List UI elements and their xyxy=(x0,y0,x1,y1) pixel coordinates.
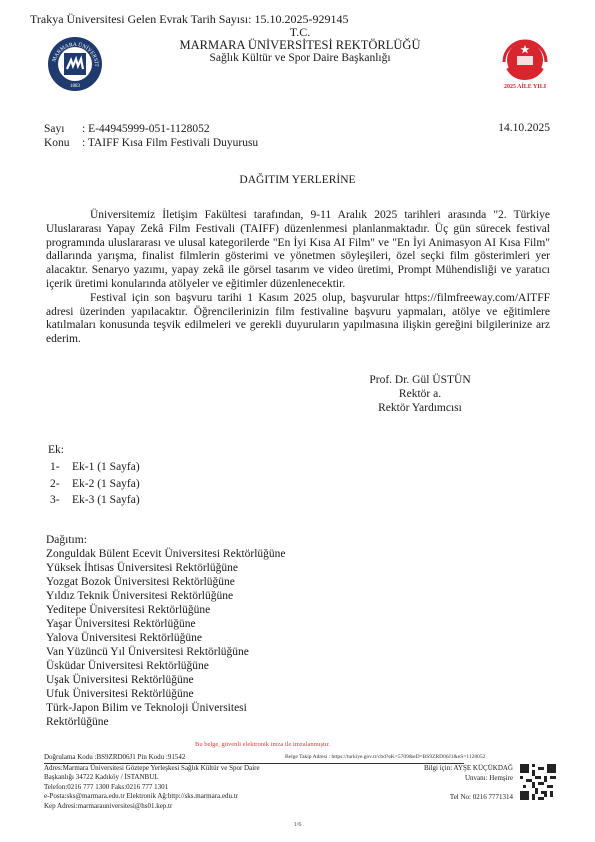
info-contact: Bilgi için: AYŞE KÜÇÜKDAĞ Unvanı: Hemşir… xyxy=(395,764,513,802)
signatory-position: Rektör Yardımcısı xyxy=(340,402,500,416)
attachment-item: 1-Ek-1 (1 Sayfa) xyxy=(50,459,140,476)
distribution-item: Üsküdar Üniversitesi Rektörlüğüne xyxy=(46,659,286,673)
address-line: Adres:Marmara Üniversitesi Göztepe Yerle… xyxy=(44,764,260,774)
distribution-item: Uşak Üniversitesi Rektörlüğüne xyxy=(46,673,286,687)
tracking-address[interactable]: Belge Takip Adresi : https://turkiye.gov… xyxy=(285,754,485,760)
qr-code-icon xyxy=(520,764,556,800)
info-title: Unvanı: Hemşire xyxy=(395,774,513,784)
family-year-caption: 2025 AİLE YILI xyxy=(492,84,558,90)
address-line: Başkanlığı 34722 Kadıköy / İSTANBUL xyxy=(44,773,260,783)
email-line[interactable]: e-Posta:sks@marmara.edu.tr Elektronik Ağ… xyxy=(44,792,260,802)
esign-notice: Bu belge, güvenli elektronik imza ile im… xyxy=(195,741,330,748)
body-paragraph: Üniversitemiz İletişim Fakültesi tarafın… xyxy=(46,209,550,292)
distribution-item: Yeditepe Üniversitesi Rektörlüğüne xyxy=(46,603,286,617)
body-text: Üniversitemiz İletişim Fakültesi tarafın… xyxy=(46,209,550,347)
distribution-item: Zonguldak Bülent Ecevit Üniversitesi Rek… xyxy=(46,547,286,561)
info-person: Bilgi için: AYŞE KÜÇÜKDAĞ xyxy=(395,764,513,774)
header-university: MARMARA ÜNİVERSİTESİ REKTÖRLÜĞÜ xyxy=(150,39,450,52)
page-number: 1/6 xyxy=(0,822,595,828)
signatory-name: Prof. Dr. Gül ÜSTÜN xyxy=(340,374,500,388)
document-number: Sayı: E-44945999-051-1128052 xyxy=(44,122,210,136)
attachments-list: 1-Ek-1 (1 Sayfa) 2-Ek-2 (1 Sayfa) 3-Ek-3… xyxy=(50,459,140,509)
distribution-item: Türk-Japon Bilim ve Teknoloji Üniversite… xyxy=(46,701,286,729)
family-year-emblem-icon: 2025 AİLE YILI xyxy=(492,30,558,96)
distribution-item: Yalova Üniversitesi Rektörlüğüne xyxy=(46,631,286,645)
verification-code: Doğrulama Kodu :BS9ZRD06J1 Pin Kodu :915… xyxy=(44,753,260,763)
document-date: 14.10.2025 xyxy=(498,122,550,134)
distribution-item: Yaşar Üniversitesi Rektörlüğüne xyxy=(46,617,286,631)
kep-line[interactable]: Kep Adresi:marmarauniversitesi@hs01.kep.… xyxy=(44,802,260,812)
distribution-item: Yozgat Bozok Üniversitesi Rektörlüğüne xyxy=(46,575,286,589)
attachment-item: 2-Ek-2 (1 Sayfa) xyxy=(50,476,140,493)
phone-line: Telefon:0216 777 1300 Faks:0216 777 1301 xyxy=(44,783,260,793)
document-subject: Konu: TAIFF Kısa Film Festivali Duyurusu xyxy=(44,136,258,150)
distribution-label: Dağıtım: xyxy=(46,533,286,547)
distribution-title: DAĞITIM YERLERİNE xyxy=(0,174,595,186)
sayi-value: : E-44945999-051-1128052 xyxy=(82,123,210,135)
footer-contact: Doğrulama Kodu :BS9ZRD06J1 Pin Kodu :915… xyxy=(44,753,260,811)
body-paragraph: Festival için son başvuru tarihi 1 Kasım… xyxy=(46,292,550,347)
konu-label: Konu xyxy=(44,136,82,150)
signatory-title: Rektör a. xyxy=(340,388,500,402)
konu-value: : TAIFF Kısa Film Festivali Duyurusu xyxy=(82,137,258,149)
distribution-item: Van Yüzüncü Yıl Üniversitesi Rektörlüğün… xyxy=(46,645,286,659)
distribution-list: Dağıtım: Zonguldak Bülent Ecevit Ünivers… xyxy=(46,533,286,729)
marmara-university-seal-icon: MARMARA ÜNİVERSİTESİ 1883 xyxy=(47,36,103,92)
distribution-item: Ufuk Üniversitesi Rektörlüğüne xyxy=(46,687,286,701)
svg-text:1883: 1883 xyxy=(70,84,81,89)
distribution-item: Yüksek İhtisas Üniversitesi Rektörlüğüne xyxy=(46,561,286,575)
sayi-label: Sayı xyxy=(44,122,82,136)
distribution-item: Yıldız Teknik Üniversitesi Rektörlüğüne xyxy=(46,589,286,603)
attachment-item: 3-Ek-3 (1 Sayfa) xyxy=(50,492,140,509)
info-phone: Tel No: 0216 7771314 xyxy=(395,793,513,803)
header-department: Sağlık Kültür ve Spor Daire Başkanlığı xyxy=(150,52,450,65)
attachments-label: Ek: xyxy=(48,444,64,456)
